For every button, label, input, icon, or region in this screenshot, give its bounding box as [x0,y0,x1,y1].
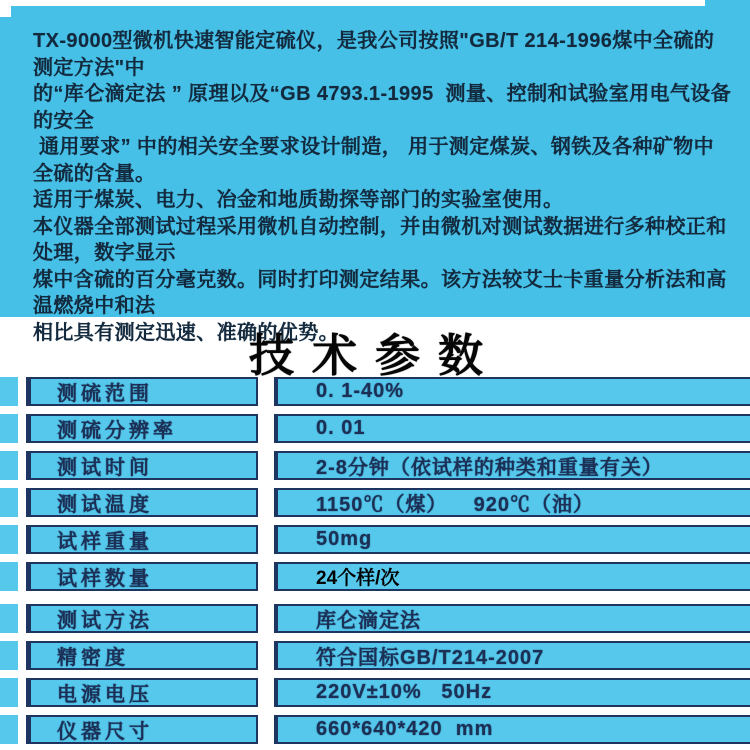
intro-line: 通用要求” 中的相关安全要求设计制造， 用于测定煤炭、钢铁及各种矿物中全硫的含量… [33,134,732,187]
spec-table: 测硫范围 0. 1-40% 测硫分辨率 0. 01 测试时间 2-8分钟（依试样… [0,377,750,744]
spec-value-cell: 库仑滴定法 [274,604,750,633]
spec-value: 0. 1-40% [316,380,404,403]
spec-value-cell: 1150℃（煤） 920℃（油） [274,488,750,517]
spec-label-cell: 测硫分辨率 [26,414,258,443]
intro-line: 的“库仑滴定法 ” 原理以及“GB 4793.1-1995 测量、控制和试验室用… [33,81,732,134]
spec-value-cell: 660*640*420 mm [274,715,750,744]
row-edge-strip [0,451,18,480]
spec-value-cell: 符合国标GB/T214-2007 [274,641,750,670]
spec-label-cell: 电源电压 [26,678,258,707]
scan-artifact-top-right [705,0,750,7]
spec-value: 220V±10% 50Hz [316,681,492,704]
row-edge-strip [0,562,18,591]
spec-value-cell: 0. 01 [274,414,750,443]
spec-value: 50mg [316,528,372,551]
spec-label: 测硫分辨率 [57,414,177,443]
table-row: 测试温度 1150℃（煤） 920℃（油） [0,488,750,517]
spec-label-cell: 测硫范围 [26,377,258,406]
spec-value: 2-8分钟（依试样的种类和重量有关） [316,451,663,480]
intro-panel: TX-9000型微机快速智能定硫仪，是我公司按照"GB/T 214-1996煤中… [0,6,750,317]
row-edge-strip [0,414,18,443]
spec-label-cell: 试样数量 [26,562,258,591]
spec-label: 测试时间 [57,451,153,480]
spec-label-cell: 测试时间 [26,451,258,480]
row-edge-strip [0,377,18,406]
spec-value: 库仑滴定法 [316,604,421,633]
table-row: 电源电压 220V±10% 50Hz [0,678,750,707]
spec-label: 电源电压 [57,678,153,707]
spec-value: 660*640*420 mm [316,718,493,741]
section-title: 技术参数 [0,319,750,384]
spec-label: 测试方法 [57,604,153,633]
spec-value: 1150℃（煤） 920℃（油） [316,488,594,517]
spec-label-cell: 试样重量 [26,525,258,554]
spec-label: 仪器尺寸 [57,715,153,744]
row-edge-strip [0,678,18,707]
spec-label-cell: 仪器尺寸 [26,715,258,744]
spec-label: 试样重量 [57,525,153,554]
table-row: 测硫范围 0. 1-40% [0,377,750,406]
spec-value-cell: 220V±10% 50Hz [274,678,750,707]
spec-value: 0. 01 [316,417,365,440]
spec-label-cell: 测试方法 [26,604,258,633]
spec-label-cell: 精密度 [26,641,258,670]
spec-label: 试样数量 [57,562,153,591]
spec-value-cell: 50mg [274,525,750,554]
row-edge-strip [0,604,18,633]
row-edge-strip [0,641,18,670]
row-edge-strip [0,715,18,744]
spec-label: 测硫范围 [57,377,153,406]
intro-line: 适用于煤炭、电力、冶金和地质勘探等部门的实验室使用。 [33,187,732,214]
spec-label-cell: 测试温度 [26,488,258,517]
scan-artifact-corner [0,6,11,17]
table-row: 精密度 符合国标GB/T214-2007 [0,641,750,670]
spec-value: 24个样/次 [316,563,399,590]
table-row: 试样数量 24个样/次 [0,562,750,591]
intro-line: TX-9000型微机快速智能定硫仪，是我公司按照"GB/T 214-1996煤中… [33,28,732,81]
table-row: 仪器尺寸 660*640*420 mm [0,715,750,744]
table-row: 试样重量 50mg [0,525,750,554]
table-row: 测试方法 库仑滴定法 [0,604,750,633]
spec-value-cell: 24个样/次 [274,562,750,591]
spec-label: 测试温度 [57,488,153,517]
spec-label: 精密度 [57,641,129,670]
spec-value: 符合国标GB/T214-2007 [316,641,544,670]
spec-value-cell: 2-8分钟（依试样的种类和重量有关） [274,451,750,480]
intro-line: 煤中含硫的百分毫克数。同时打印测定结果。该方法较艾士卡重量分析法和高温燃烧中和法 [33,267,732,320]
row-edge-strip [0,488,18,517]
spec-value-cell: 0. 1-40% [274,377,750,406]
table-row: 测试时间 2-8分钟（依试样的种类和重量有关） [0,451,750,480]
table-row: 测硫分辨率 0. 01 [0,414,750,443]
intro-line: 本仪器全部测试过程采用微机自动控制，并由微机对测试数据进行多种校正和处理，数字显… [33,214,732,267]
row-edge-strip [0,525,18,554]
